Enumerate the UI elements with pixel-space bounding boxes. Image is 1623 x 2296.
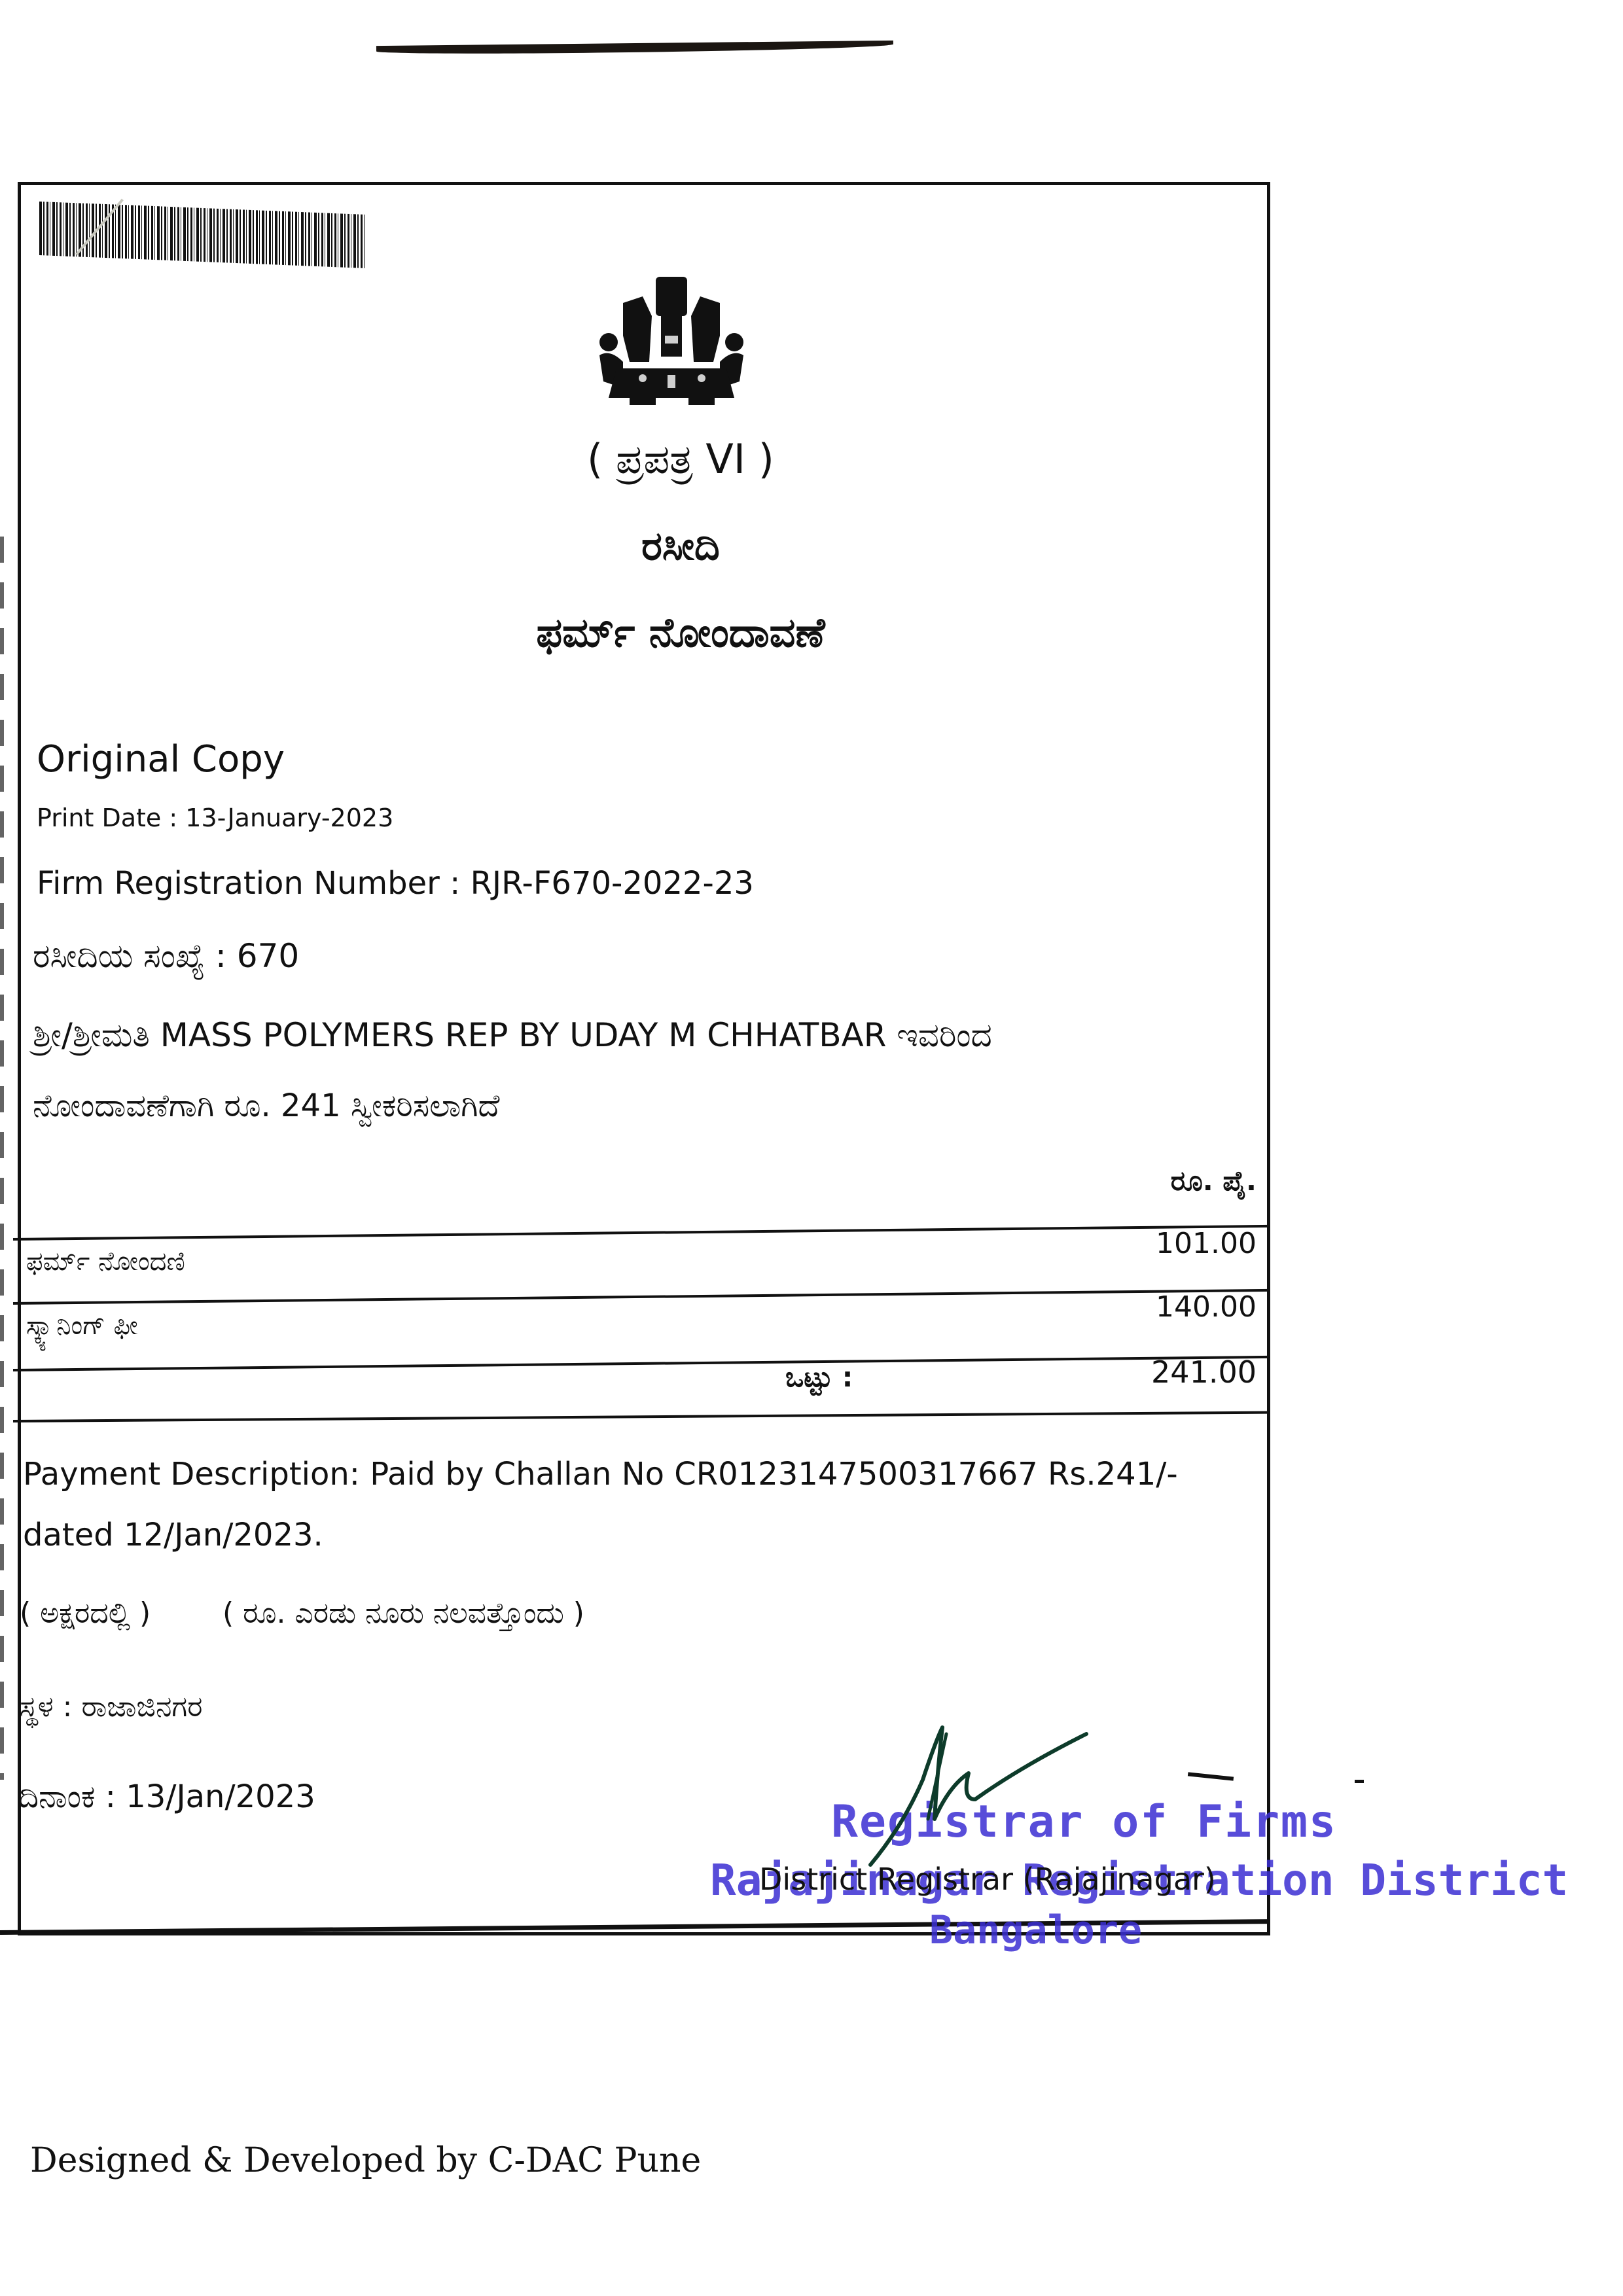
firm-registration-number: Firm Registration Number : RJR-F670-2022… [37, 865, 754, 902]
total-label: ಒಟ್ಟು : [785, 1361, 853, 1394]
received-amount-line: ನೋಂದಾವಣೆಗಾಗಿ ರೂ. 241 ಸ್ವೀಕರಿಸಲಾಗಿದೆ [33, 1087, 499, 1125]
in-words-label: ( ಅಕ್ಷರದಲ್ಲಿ ) [20, 1597, 151, 1630]
scan-edge-marks [0, 537, 4, 1780]
form-label: ( ಪ್ರಪತ್ರ VI ) [0, 435, 1361, 484]
fee-row-label: ಫರ್ಮ್ ನೋಂದಣಿ [26, 1246, 185, 1277]
scan-smudge [376, 41, 893, 55]
signature-icon [864, 1714, 1113, 1871]
place: ಸ್ಥಳ : ರಾಜಾಜಿನಗರ [20, 1690, 203, 1723]
fee-row-label: ಸ್ಕ್ಯಾನಿಂಗ್ ಫೀ [26, 1311, 138, 1341]
currency-header: ರೂ. ಪೈ. [1171, 1165, 1257, 1197]
received-from: ಶ್ರೀ/ಶ್ರೀಮತಿ MASS POLYMERS REP BY UDAY M… [33, 1016, 992, 1055]
issue-date: ದಿನಾಂಕ : 13/Jan/2023 [18, 1778, 315, 1816]
developer-credit: Designed & Developed by C-DAC Pune [30, 2141, 701, 2180]
scan-mark [1355, 1780, 1364, 1783]
total-amount: 241.00 [1151, 1354, 1257, 1390]
stamp-text: Bangalore [929, 1907, 1142, 1953]
state-emblem-icon [597, 277, 746, 405]
receipt-title: ರಸೀದಿ [0, 523, 1361, 569]
copy-type: Original Copy [37, 738, 285, 781]
payment-description: Payment Description: Paid by Challan No … [23, 1456, 1178, 1492]
in-words-value: ( ರೂ. ಎರಡು ನೂರು ನಲವತ್ತೊಂದು ) [223, 1597, 584, 1630]
receipt-number: ರಸೀದಿಯ ಸಂಖ್ಯೆ : 670 [33, 937, 299, 976]
registration-title: ಫರ್ಮ್ ನೋಂದಾವಣೆ [0, 609, 1361, 657]
fee-row-amount: 140.00 [1156, 1290, 1257, 1324]
payment-date: dated 12/Jan/2023. [23, 1517, 323, 1553]
print-date: Print Date : 13-January-2023 [37, 804, 393, 832]
fee-row-amount: 101.00 [1156, 1227, 1257, 1260]
